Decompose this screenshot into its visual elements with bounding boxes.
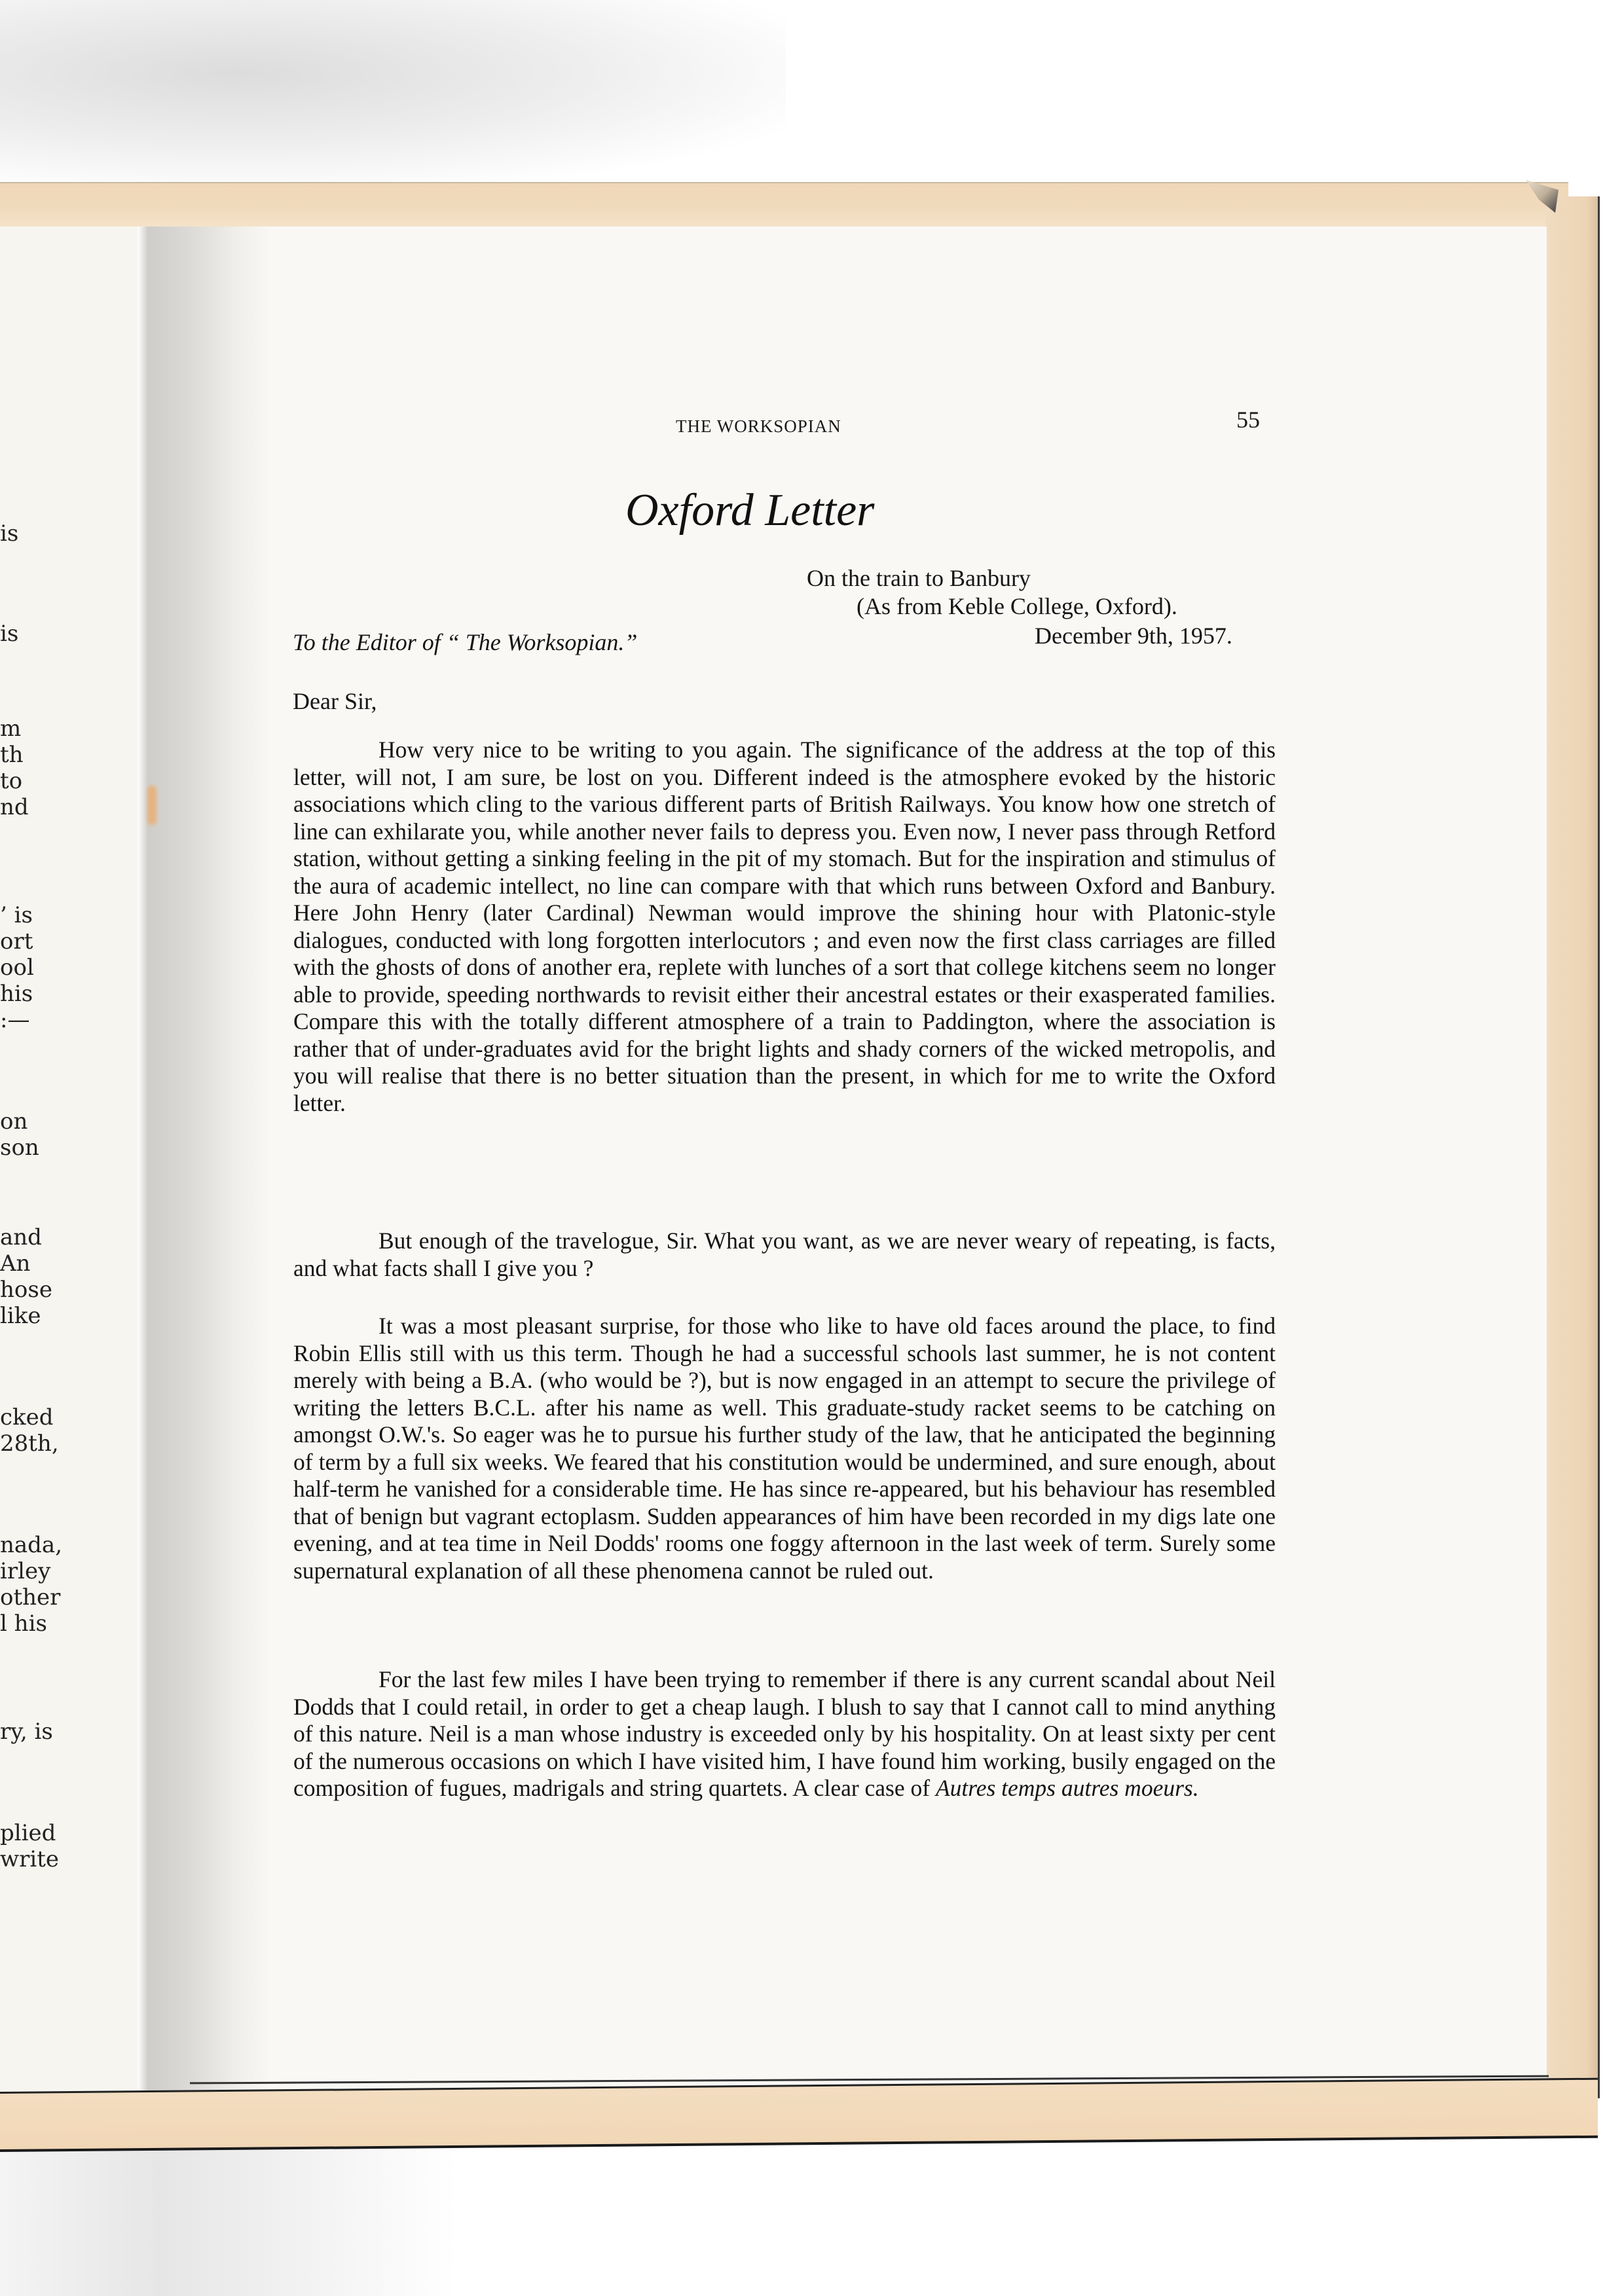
left-page-fragment: to [0,768,22,794]
left-page-fragment: like [0,1303,41,1329]
left-page-fragment: nd [0,794,29,820]
page-number: 55 [1236,406,1260,433]
paragraph-1: How very nice to be writing to you again… [293,737,1276,1117]
left-page-fragment: th [0,742,24,768]
left-page-fragment: ’ is [0,902,33,928]
address-line-2: (As from Keble College, Oxford). [857,592,1177,620]
left-page-fragment: l his [0,1611,47,1637]
left-page-fragment: 28th, [0,1430,59,1457]
left-page-fragment: other [0,1584,60,1611]
running-head: THE WORKSOPIAN [676,416,841,437]
cover-edge-right [1545,196,1600,2098]
paragraph-3: It was a most pleasant surprise, for tho… [293,1313,1276,1584]
scanner-shadow-bottom [0,2134,458,2296]
left-page-fragment: son [0,1135,39,1161]
left-page-fragment: An [0,1250,30,1277]
left-page-fragment: and [0,1224,42,1250]
paragraph-text: For the last few miles I have been tryin… [293,1666,1276,1802]
left-page-fragment: write [0,1846,59,1872]
book-gutter [138,227,268,2092]
left-page-fragment: ry, is [0,1719,53,1745]
addressee-line: To the Editor of “ The Worksopian.” [293,629,637,656]
date-line: December 9th, 1957. [1035,622,1232,649]
salutation: Dear Sir, [293,687,377,715]
scanner-shadow [0,0,786,183]
left-page-fragment: nada, [0,1532,62,1558]
left-page-fragment: his [0,981,33,1007]
paragraph-text: But enough of the travelogue, Sir. What … [293,1228,1276,1282]
left-page-fragment: irley [0,1558,50,1584]
left-page-fragment: m [0,716,21,742]
paragraph-4: For the last few miles I have been tryin… [293,1666,1276,1802]
left-page-fragment: on [0,1108,28,1135]
left-page-fragment: cked [0,1404,54,1430]
left-page-fragment: :— [0,1007,29,1033]
article-title: Oxford Letter [625,484,874,537]
left-page-fragment: ool [0,955,34,981]
left-page-fragment: plied [0,1820,56,1846]
right-page [268,227,1547,2092]
paragraph-text: How very nice to be writing to you again… [293,737,1276,1117]
left-page-fragment: is [0,520,18,547]
cover-edge-top [0,182,1568,228]
paragraph-2: But enough of the travelogue, Sir. What … [293,1228,1276,1282]
paragraph-text: It was a most pleasant surprise, for tho… [293,1313,1276,1584]
left-page-fragment: ort [0,928,33,955]
left-page-fragment: hose [0,1277,52,1303]
paragraph-italic-phrase: Autres temps autres moeurs. [936,1775,1199,1801]
stain-mark [147,786,157,825]
left-page-fragment: is [0,621,18,647]
address-line-1: On the train to Banbury [807,564,1031,592]
